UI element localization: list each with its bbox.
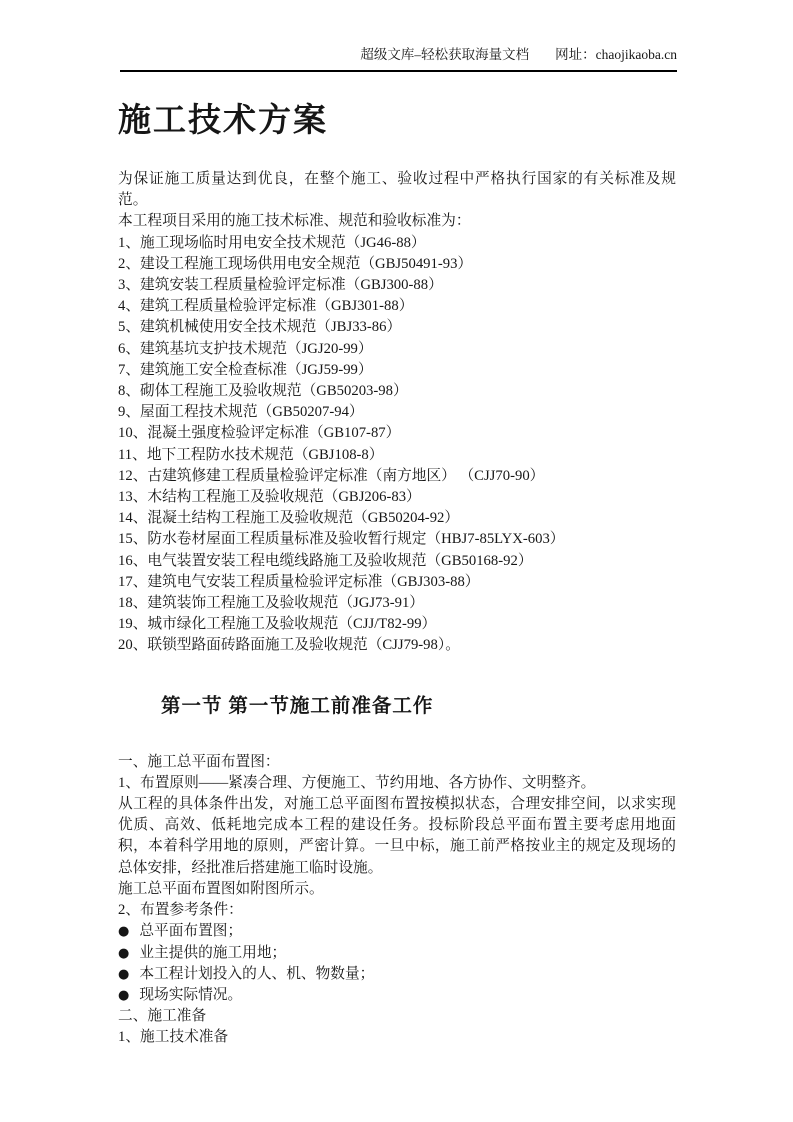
standard-item: 15、防水卷材屋面工程质量标准及验收暂行规定（HBJ7-85LYX-603） [118, 529, 676, 550]
section-heading: 第一节 第一节施工前准备工作 [161, 693, 676, 721]
standard-item: 6、建筑基坑支护技术规范（JGJ20-99） [118, 339, 676, 360]
standard-item: 18、建筑装饰工程施工及验收规范（JGJ73-91） [118, 593, 676, 614]
document-page: 超级文库–轻松获取海量文档网址：chaojikaoba.cn 施工技术方案 为保… [0, 0, 793, 1122]
standard-item: 8、砌体工程施工及验收规范（GB50203-98） [118, 381, 676, 402]
intro-paragraph: 为保证施工质量达到优良，在整个施工、验收过程中严格执行国家的有关标准及规范。 [118, 169, 676, 211]
paragraph: 二、施工准备 [118, 1006, 676, 1027]
intro-paragraphs: 为保证施工质量达到优良，在整个施工、验收过程中严格执行国家的有关标准及规范。 本… [118, 169, 676, 233]
standard-item: 2、建设工程施工现场供用电安全规范（GBJ50491-93） [118, 254, 676, 275]
bullet-text: 本工程计划投入的人、机、物数量； [139, 964, 374, 985]
standard-item: 11、地下工程防水技术规范（GBJ108-8） [118, 445, 676, 466]
standard-item: 3、建筑安装工程质量检验评定标准（GBJ300-88） [118, 275, 676, 296]
standards-list: 1、施工现场临时用电安全技术规范（JG46-88） 2、建设工程施工现场供用电安… [118, 233, 676, 657]
bullet-text: 总平面布置图； [139, 921, 242, 942]
document-body: 为保证施工质量达到优良，在整个施工、验收过程中严格执行国家的有关标准及规范。 本… [118, 169, 676, 1049]
bullet-text: 业主提供的施工用地； [139, 943, 286, 964]
paragraph: 一、施工总平面布置图： [118, 752, 676, 773]
site-name: 超级文库–轻松获取海量文档 [360, 47, 529, 62]
standard-item: 1、施工现场临时用电安全技术规范（JG46-88） [118, 233, 676, 254]
bullet-icon: ● [118, 964, 129, 985]
standard-item: 13、木结构工程施工及验收规范（GBJ206-83） [118, 487, 676, 508]
standard-item: 10、混凝土强度检验评定标准（GB107-87） [118, 423, 676, 444]
bullet-list: ● 总平面布置图； ● 业主提供的施工用地； ● 本工程计划投入的人、机、物数量… [118, 921, 676, 1006]
list-item: ● 现场实际情况。 [118, 985, 676, 1006]
section-paragraphs-1: 一、施工总平面布置图： 1、布置原则——紧凑合理、方便施工、节约用地、各方协作、… [118, 752, 676, 922]
standard-item: 20、联锁型路面砖路面施工及验收规范（CJJ79-98）。 [118, 635, 676, 656]
bullet-icon: ● [118, 921, 129, 942]
paragraph: 2、布置参考条件： [118, 900, 676, 921]
paragraph: 1、布置原则——紧凑合理、方便施工、节约用地、各方协作、文明整齐。 [118, 773, 676, 794]
bullet-icon: ● [118, 943, 129, 964]
list-item: ● 总平面布置图； [118, 921, 676, 942]
site-url: chaojikaoba.cn [596, 47, 677, 62]
standard-item: 5、建筑机械使用安全技术规范（JBJ33-86） [118, 317, 676, 338]
url-label: 网址： [555, 47, 596, 62]
paragraph: 1、施工技术准备 [118, 1027, 676, 1048]
standard-item: 14、混凝土结构工程施工及验收规范（GB50204-92） [118, 508, 676, 529]
paragraph: 施工总平面布置图如附图所示。 [118, 879, 676, 900]
standard-item: 12、古建筑修建工程质量检验评定标准（南方地区） （CJJ70-90） [118, 466, 676, 487]
bullet-text: 现场实际情况。 [139, 985, 242, 1006]
standard-item: 4、建筑工程质量检验评定标准（GBJ301-88） [118, 296, 676, 317]
standard-item: 9、屋面工程技术规范（GB50207-94） [118, 402, 676, 423]
list-item: ● 业主提供的施工用地； [118, 943, 676, 964]
standard-item: 16、电气装置安装工程电缆线路施工及验收规范（GB50168-92） [118, 551, 676, 572]
list-item: ● 本工程计划投入的人、机、物数量； [118, 964, 676, 985]
intro-paragraph: 本工程项目采用的施工技术标准、规范和验收标准为： [118, 211, 676, 232]
section-paragraphs-2: 二、施工准备 1、施工技术准备 [118, 1006, 676, 1048]
standard-item: 19、城市绿化工程施工及验收规范（CJJ/T82-99） [118, 614, 676, 635]
standard-item: 7、建筑施工安全检查标准（JGJ59-99） [118, 360, 676, 381]
standard-item: 17、建筑电气安装工程质量检验评定标准（GBJ303-88） [118, 572, 676, 593]
page-title: 施工技术方案 [118, 99, 676, 143]
paragraph: 从工程的具体条件出发，对施工总平面图布置按模拟状态，合理安排空间，以求实现优质、… [118, 794, 676, 879]
bullet-icon: ● [118, 985, 129, 1006]
site-watermark-header: 超级文库–轻松获取海量文档网址：chaojikaoba.cn [120, 46, 677, 72]
